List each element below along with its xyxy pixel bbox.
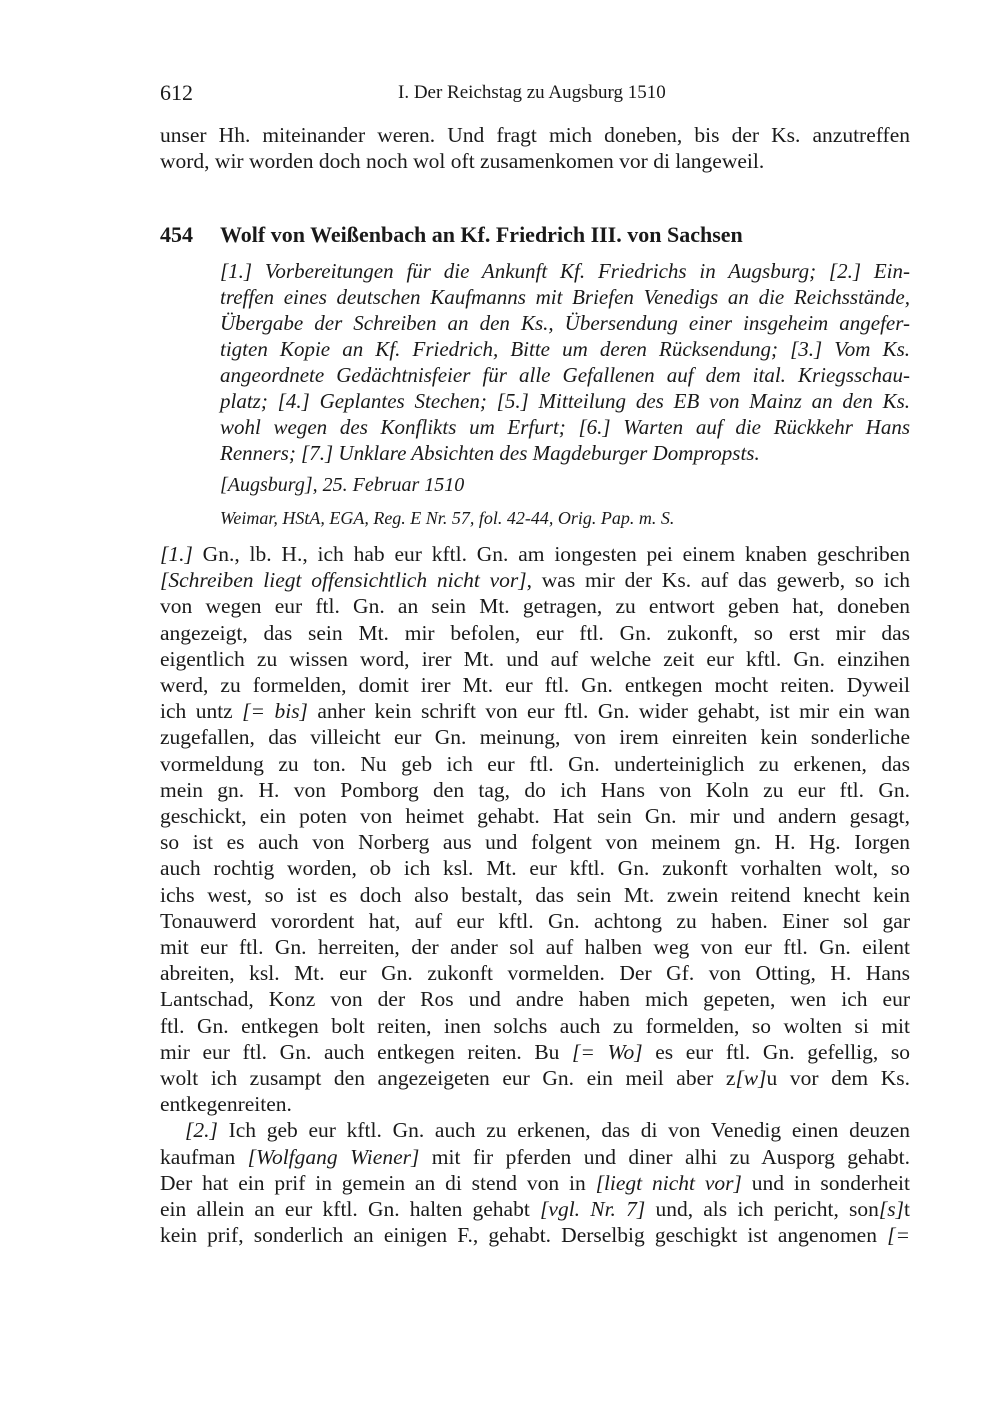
- text-segment: mein gn. H. von Pomborg den tag, do ich …: [160, 778, 910, 802]
- body-text-line: kaufman [Wolfgang Wiener] mit fir pferde…: [160, 1144, 910, 1170]
- text-segment: zugefallen, das villeicht eur Gn. meinun…: [160, 725, 910, 749]
- editorial-annotation: [=: [887, 1223, 910, 1247]
- text-segment: mir eur ftl. Gn. auch entkegen reiten. B…: [160, 1040, 572, 1064]
- body-text-line: angezeigt, das sein Mt. mir befolen, eur…: [160, 620, 910, 646]
- carryover-line: word, wir worden doch noch wol oft zusam…: [160, 148, 910, 174]
- text-segment: geschickt, ein poten von heimet gehabt. …: [160, 804, 910, 828]
- summary-line: treffen eines deutschen Kaufmanns mit Br…: [220, 284, 910, 310]
- text-segment: von wegen eur ftl. Gn. an sein Mt. getra…: [160, 594, 910, 618]
- text-segment: , was mir der Ks. auf das gewerb, so ich: [527, 568, 910, 592]
- text-segment: kaufman: [160, 1145, 248, 1169]
- text-segment: vormeldung zu ton. Nu geb ich eur ftl. G…: [160, 752, 910, 776]
- body-text-line: ftl. Gn. entkegen bolt reiten, inen solc…: [160, 1013, 910, 1039]
- summary-line: angeordnete Gedächtnisfeier für alle Gef…: [220, 362, 910, 388]
- summary-line: Übergabe der Schreiben an den Ks., Übers…: [220, 310, 910, 336]
- text-segment: ichs west, so ist es doch also bestalt, …: [160, 883, 910, 907]
- text-segment: Der hat ein prif in gemein an di stend v…: [160, 1171, 596, 1195]
- text-segment: Lantschad, Konz von der Ros und andre ha…: [160, 987, 910, 1011]
- editorial-annotation: [1.]: [160, 542, 193, 566]
- body-text-line: zugefallen, das villeicht eur Gn. meinun…: [160, 724, 910, 750]
- body-text-line: auch rochtig worden, ob ich ksl. Mt. eur…: [160, 855, 910, 881]
- body-text-line: werd, zu formelden, domit irer Mt. eur f…: [160, 672, 910, 698]
- document-page: 612 I. Der Reichstag zu Augsburg 1510 un…: [0, 0, 1004, 1418]
- body-text-line: eigentlich zu wissen word, irer Mt. und …: [160, 646, 910, 672]
- body-text-line: [2.] Ich geb eur kftl. Gn. auch zu erken…: [185, 1117, 910, 1143]
- summary-line: platz; [4.] Geplantes Stechen; [5.] Mitt…: [220, 388, 910, 414]
- text-segment: Ich geb eur kftl. Gn. auch zu erkenen, d…: [218, 1118, 910, 1142]
- body-text-line: [Schreiben liegt offensichtlich nicht vo…: [160, 567, 910, 593]
- body-text-line: Lantschad, Konz von der Ros und andre ha…: [160, 986, 910, 1012]
- text-segment: wolt ich zusampt den angezeigeten eur Gn…: [160, 1066, 735, 1090]
- body-text-line: entkegenreiten.: [160, 1091, 910, 1117]
- text-segment: so ist es auch von Norberg aus und folge…: [160, 830, 910, 854]
- body-text-line: [1.] Gn., lb. H., ich hab eur kftl. Gn. …: [160, 541, 910, 567]
- text-segment: und in sonderheit: [742, 1171, 910, 1195]
- text-segment: Tonauwerd vorordent hat, auf eur kftl. G…: [160, 909, 910, 933]
- editorial-annotation: [liegt nicht vor]: [596, 1171, 742, 1195]
- body-text-line: Tonauwerd vorordent hat, auf eur kftl. G…: [160, 908, 910, 934]
- text-segment: es eur ftl. Gn. gefellig, so: [643, 1040, 910, 1064]
- archival-source: Weimar, HStA, EGA, Reg. E Nr. 57, fol. 4…: [220, 508, 674, 529]
- running-title: I. Der Reichstag zu Augsburg 1510: [398, 82, 666, 104]
- summary-line: tigten Kopie an Kf. Friedrich, Bitte um …: [220, 336, 910, 362]
- body-text-line: von wegen eur ftl. Gn. an sein Mt. getra…: [160, 593, 910, 619]
- text-segment: kein prif, sonderlich an einigen F., geh…: [160, 1223, 887, 1247]
- body-text-line: ein allein an eur kftl. Gn. halten gehab…: [160, 1196, 910, 1222]
- document-date: [Augsburg], 25. Februar 1510: [220, 474, 464, 497]
- running-header: 612 I. Der Reichstag zu Augsburg 1510: [160, 80, 910, 108]
- text-segment: Gn., lb. H., ich hab eur kftl. Gn. am io…: [193, 542, 910, 566]
- summary-line: [1.] Vorbereitungen für die Ankunft Kf. …: [220, 258, 910, 284]
- text-segment: u vor dem Ks.: [767, 1066, 910, 1090]
- summary-line: Renners; [7.] Unklare Absichten des Magd…: [220, 440, 910, 466]
- editorial-annotation: [vgl. Nr. 7]: [540, 1197, 645, 1221]
- text-segment: ich untz: [160, 699, 242, 723]
- editorial-annotation: [= bis]: [242, 699, 308, 723]
- text-segment: eigentlich zu wissen word, irer Mt. und …: [160, 647, 910, 671]
- editorial-annotation: [Schreiben liegt offensichtlich nicht vo…: [160, 568, 527, 592]
- page-number: 612: [160, 80, 193, 106]
- editorial-annotation: [Wolfgang Wiener]: [248, 1145, 420, 1169]
- text-segment: auch rochtig worden, ob ich ksl. Mt. eur…: [160, 856, 910, 880]
- body-text-line: Der hat ein prif in gemein an di stend v…: [160, 1170, 910, 1196]
- body-text-line: ichs west, so ist es doch also bestalt, …: [160, 882, 910, 908]
- body-text-line: geschickt, ein poten von heimet gehabt. …: [160, 803, 910, 829]
- text-segment: anher kein schrift von eur ftl. Gn. wide…: [308, 699, 910, 723]
- body-text-line: mit eur ftl. Gn. herreiten, der ander so…: [160, 934, 910, 960]
- text-segment: t: [904, 1197, 910, 1221]
- text-segment: ein allein an eur kftl. Gn. halten gehab…: [160, 1197, 540, 1221]
- body-text-line: abreiten, ksl. Mt. eur Gn. zukonft vorme…: [160, 960, 910, 986]
- text-segment: werd, zu formelden, domit irer Mt. eur f…: [160, 673, 910, 697]
- entry-number: 454: [160, 222, 220, 248]
- text-segment: mit fir pferden und diner alhi zu Auspor…: [419, 1145, 910, 1169]
- editorial-annotation: [2.]: [185, 1118, 218, 1142]
- body-text-line: mir eur ftl. Gn. auch entkegen reiten. B…: [160, 1039, 910, 1065]
- carryover-line: unser Hh. miteinander weren. Und fragt m…: [160, 122, 910, 148]
- entry-title: Wolf von Weißenbach an Kf. Friedrich III…: [220, 222, 743, 247]
- body-text-line: so ist es auch von Norberg aus und folge…: [160, 829, 910, 855]
- text-segment: angezeigt, das sein Mt. mir befolen, eur…: [160, 621, 910, 645]
- summary-line: wohl wegen des Konflikts um Erfurt; [6.]…: [220, 414, 910, 440]
- text-segment: mit eur ftl. Gn. herreiten, der ander so…: [160, 935, 910, 959]
- text-segment: entkegenreiten.: [160, 1092, 292, 1116]
- entry-heading: 454Wolf von Weißenbach an Kf. Friedrich …: [160, 222, 910, 248]
- body-text-line: wolt ich zusampt den angezeigeten eur Gn…: [160, 1065, 910, 1091]
- body-text-line: vormeldung zu ton. Nu geb ich eur ftl. G…: [160, 751, 910, 777]
- text-segment: und, als ich pericht, son: [645, 1197, 879, 1221]
- body-text-line: mein gn. H. von Pomborg den tag, do ich …: [160, 777, 910, 803]
- body-text-line: ich untz [= bis] anher kein schrift von …: [160, 698, 910, 724]
- editorial-annotation: [= Wo]: [572, 1040, 643, 1064]
- editorial-annotation: [s]: [879, 1197, 904, 1221]
- text-segment: ftl. Gn. entkegen bolt reiten, inen solc…: [160, 1014, 910, 1038]
- editorial-annotation: [w]: [735, 1066, 766, 1090]
- text-segment: abreiten, ksl. Mt. eur Gn. zukonft vorme…: [160, 961, 910, 985]
- body-text-line: kein prif, sonderlich an einigen F., geh…: [160, 1222, 910, 1248]
